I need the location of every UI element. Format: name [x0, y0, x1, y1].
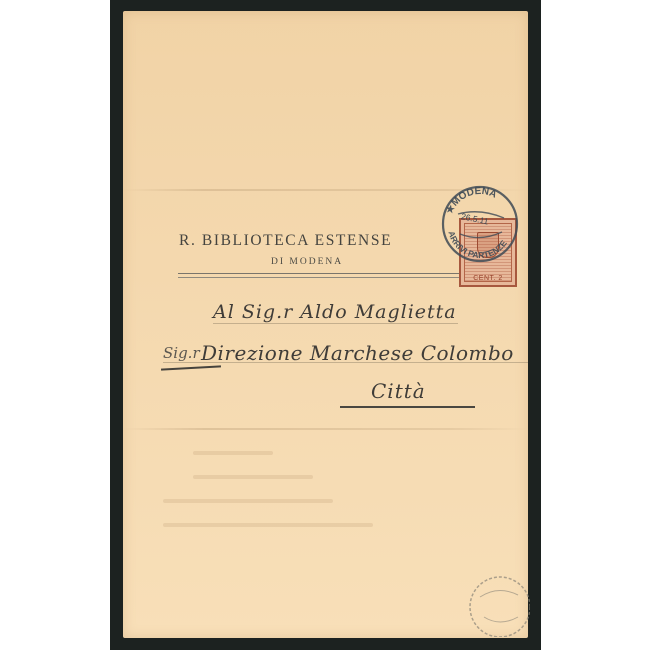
- address-guide-line-1: [213, 323, 458, 324]
- postcard: R. BIBLIOTECA ESTENSE DI MODENA Al Sig.r…: [123, 11, 528, 638]
- show-through-mark: [163, 499, 333, 503]
- strikethrough-mark: [161, 365, 221, 370]
- show-through-mark: [193, 451, 273, 455]
- address-line-struck-honorific: Sig.r: [163, 344, 200, 362]
- letterhead-title: R. BIBLIOTECA ESTENSE: [179, 232, 392, 250]
- letterhead-double-rule: [178, 273, 460, 278]
- faint-arrival-postmark-icon: [460, 567, 530, 637]
- address-line-city: Città: [371, 379, 426, 403]
- letterhead-subtitle: DI MODENA: [271, 257, 343, 267]
- fold-line-lower: [123, 428, 528, 430]
- svg-text:26.5.11: 26.5.11: [460, 211, 489, 227]
- stamp-value: CENT. 2: [461, 275, 515, 282]
- postmark-cancellation-icon: ★MODENA 26.5.11 ARRIVI PARTENZE: [440, 184, 520, 264]
- address-line-direction: Direzione Marchese Colombo: [201, 341, 514, 365]
- city-underline: [340, 406, 475, 408]
- address-line-recipient: Al Sig.r Aldo Maglietta: [213, 301, 457, 323]
- show-through-mark: [163, 523, 373, 527]
- show-through-mark: [193, 475, 313, 479]
